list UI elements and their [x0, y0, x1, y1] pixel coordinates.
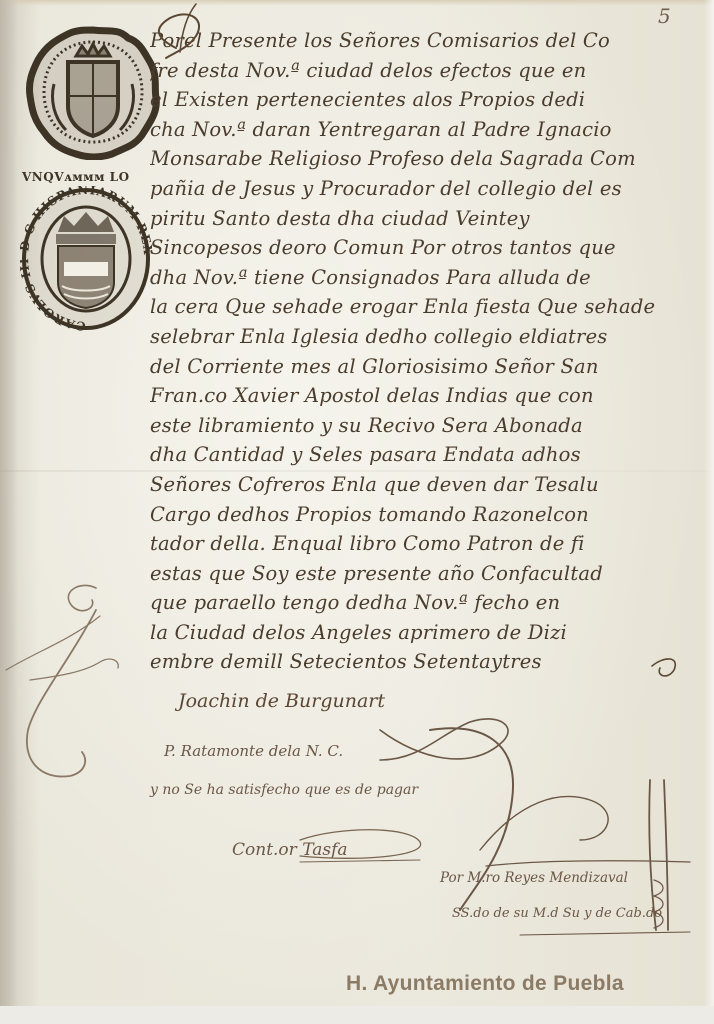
- text-line: dha Nov.ª tiene Consignados Para alluda …: [150, 263, 714, 293]
- clerk-signature-line-2: SS.do de su M.d Su y de Cab.do: [452, 906, 662, 921]
- text-line: Sincopesos deoro Comun Por otros tantos …: [150, 233, 714, 263]
- text-line: Señores Cofreros Enla que deven dar Tesa…: [150, 470, 714, 500]
- text-line: Cargo dedhos Propios tomando Razonelcon: [150, 500, 714, 530]
- signatory-signature: Joachin de Burgunart: [178, 690, 385, 712]
- text-line: el Existen pertenecientes alos Propios d…: [150, 85, 714, 115]
- manuscript-page: 5 VNQVᴀᴍᴍᴍ LO CAROLVS·III·D·G·HISPANIARU…: [0, 0, 714, 1024]
- text-line: del Corriente mes al Gloriosisimo Señor …: [150, 352, 714, 382]
- text-line: fre desta Nov.ª ciudad delos efectos que…: [150, 56, 714, 86]
- text-line: selebrar Enla Iglesia dedho collegio eld…: [150, 322, 714, 352]
- clerk-signature-line-1: Por M.ro Reyes Mendizaval: [440, 870, 628, 886]
- archive-watermark: H. Ayuntamiento de Puebla: [346, 972, 624, 996]
- text-line: que paraello tengo dedha Nov.ª fecho en: [150, 588, 714, 618]
- annotation-line-2: y no Se ha satisfecho que es de pagar: [150, 782, 418, 798]
- text-line: la cera Que sehade erogar Enla fiesta Qu…: [150, 292, 714, 322]
- text-line: Fran.co Xavier Apostol delas Indias que …: [150, 381, 714, 411]
- annotation-line-1: P. Ratamonte dela N. C.: [164, 742, 343, 760]
- bottom-margin: [0, 1006, 714, 1024]
- folio-number: 5: [658, 4, 671, 28]
- binding-gutter: [0, 0, 18, 1024]
- manuscript-body: Porel Presente los Señores Comisarios de…: [150, 26, 714, 677]
- text-line: Monsarabe Religioso Profeso dela Sagrada…: [150, 144, 714, 174]
- text-line: pañia de Jesus y Procurador del collegio…: [150, 174, 714, 204]
- text-line: tador della. Enqual libro Como Patron de…: [150, 529, 714, 559]
- coat-of-arms-seal-icon: [26, 26, 160, 160]
- text-line: estas que Soy este presente año Confacul…: [150, 559, 714, 589]
- text-line: Porel Presente los Señores Comisarios de…: [150, 26, 714, 56]
- text-line: dha Cantidad y Seles pasara Endata adhos: [150, 440, 714, 470]
- text-line: este libramiento y su Recivo Sera Abonad…: [150, 411, 714, 441]
- text-line: cha Nov.ª daran Yentregaran al Padre Ign…: [150, 115, 714, 145]
- text-line: embre demill Setecientos Setentaytres: [150, 647, 714, 677]
- text-line: la Ciudad delos Angeles aprimero de Dizi: [150, 618, 714, 648]
- accountant-signature: Cont.or Tasfa: [232, 840, 348, 860]
- top-edge-stain: [0, 0, 714, 6]
- crown-shield-seal-icon: CAROLVS·III·D·G·HISPANIARUM·REX: [20, 186, 152, 332]
- text-line: piritu Santo desta dha ciudad Veintey: [150, 204, 714, 234]
- seal-legend: VNQVᴀᴍᴍᴍ LO: [22, 170, 154, 184]
